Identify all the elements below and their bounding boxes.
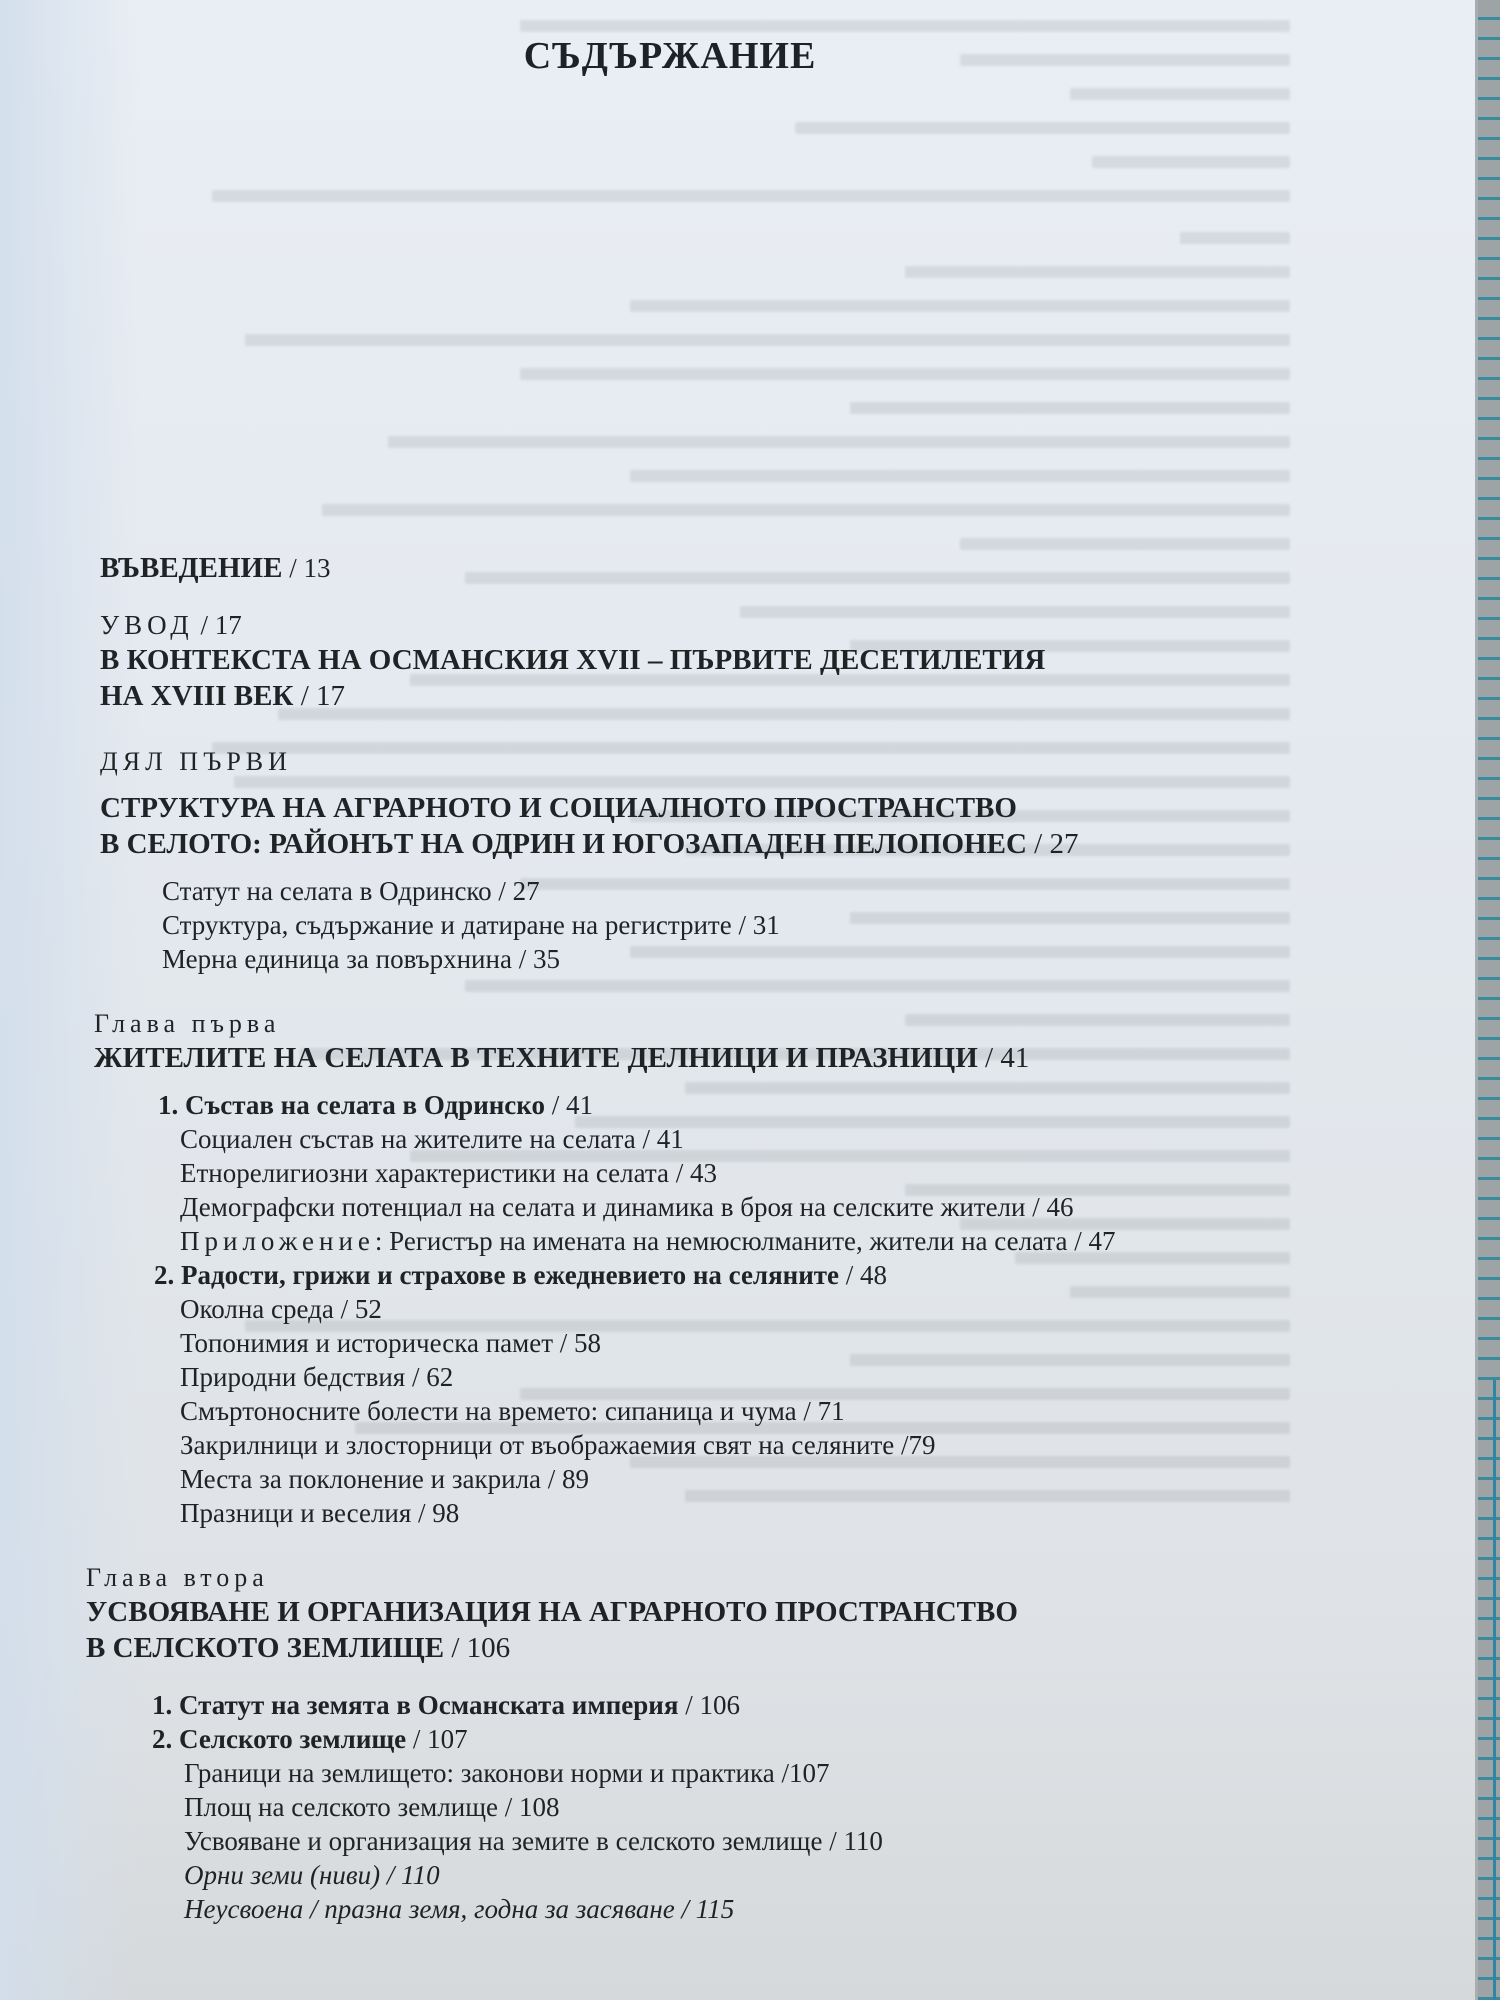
page-number: / 98 — [418, 1498, 459, 1528]
page-number: / 71 — [803, 1396, 844, 1426]
book-page: СЪДЪРЖАНИЕ ВЪВЕДЕНИЕ / 13 УВОД / 17 В КО… — [0, 0, 1480, 2000]
page-number: / 13 — [289, 553, 330, 583]
page-number: / 46 — [1032, 1192, 1073, 1222]
toc-entry-introduction[interactable]: ВЪВЕДЕНИЕ / 13 — [100, 550, 1340, 586]
appendix-label: Приложение — [180, 1226, 375, 1256]
item-text: Социален състав на жителите на селата — [180, 1124, 636, 1154]
toc-item[interactable]: Празници и веселия / 98 — [100, 1496, 1340, 1530]
page-number: / 106 — [685, 1690, 740, 1720]
toc-item[interactable]: Мерна единица за повърхнина / 35 — [100, 942, 1340, 976]
part-one-items: Статут на селата в Одринско / 27 Структу… — [100, 874, 1340, 976]
toc-item[interactable]: Статут на селата в Одринско / 27 — [100, 874, 1340, 908]
entry-title-line2: В СЕЛОТО: РАЙОНЪТ НА ОДРИН И ЮГОЗАПАДЕН … — [100, 828, 1027, 860]
graph-paper-edge — [1475, 0, 1500, 2000]
toc-item[interactable]: Места за поклонение и закрила / 89 — [100, 1462, 1340, 1496]
section-heading-text: 2. Радости, грижи и страхове в ежедневие… — [154, 1260, 839, 1290]
page-number: / 47 — [1074, 1226, 1115, 1256]
section-heading-text: 1. Статут на земята в Османската империя — [152, 1690, 678, 1720]
toc-item[interactable]: Социален състав на жителите на селата / … — [100, 1122, 1340, 1156]
part-one-label: ДЯЛ ПЪРВИ — [100, 747, 292, 776]
item-text: Празници и веселия — [180, 1498, 411, 1528]
page-number: / 17 — [200, 610, 241, 640]
entry-title: ЖИТЕЛИТЕ НА СЕЛАТА В ТЕХНИТЕ ДЕЛНИЦИ И П… — [94, 1042, 978, 1074]
page-number: / 17 — [301, 680, 345, 712]
item-text: Места за поклонение и закрила — [180, 1464, 541, 1494]
item-text: Смъртоносните болести на времето: сипани… — [180, 1396, 797, 1426]
item-text: Усвояване и организация на земите в селс… — [184, 1826, 822, 1856]
page-number: / 35 — [519, 944, 560, 974]
page-number: /79 — [901, 1430, 936, 1460]
page-number: / 52 — [341, 1294, 382, 1324]
page-number: / 110 — [829, 1826, 883, 1856]
toc-item[interactable]: Структура, съдържание и датиране на реги… — [100, 908, 1340, 942]
toc-entry-uvod-subtitle[interactable]: В КОНТЕКСТА НА ОСМАНСКИЯ XVII – ПЪРВИТЕ … — [100, 642, 1340, 714]
chapter-one-label: Глава първа — [94, 1009, 280, 1038]
toc-item[interactable]: Неусвоена / празна земя, годна за засява… — [100, 1892, 1340, 1926]
toc-section-heading[interactable]: 1. Статут на земята в Османската империя… — [100, 1688, 1340, 1722]
page-number: / 108 — [505, 1792, 560, 1822]
toc-item[interactable]: Природни бедствия / 62 — [100, 1360, 1340, 1394]
item-text: Неусвоена / празна земя, годна за засява… — [184, 1894, 675, 1924]
entry-label: УВОД — [100, 610, 194, 640]
page-number: / 27 — [1034, 828, 1078, 860]
item-text: : Регистър на имената на немюсюлманите, … — [375, 1226, 1068, 1256]
page-number: / 41 — [552, 1090, 593, 1120]
page-number: / 107 — [413, 1724, 468, 1754]
entry-title-line2: НА XVIII ВЕК — [100, 680, 293, 712]
chapter-label: Глава първа — [94, 1006, 1340, 1040]
item-text: Статут на селата в Одринско — [162, 876, 492, 906]
toc-entry-uvod[interactable]: УВОД / 17 — [100, 608, 1340, 642]
page-number: / 115 — [682, 1894, 735, 1924]
page-number: / 106 — [451, 1632, 510, 1664]
toc-item[interactable]: Смъртоносните болести на времето: сипани… — [100, 1394, 1340, 1428]
part-label: ДЯЛ ПЪРВИ — [100, 744, 1340, 778]
page-number: / 48 — [846, 1260, 887, 1290]
toc-item[interactable]: Граници на землището: законови норми и п… — [100, 1756, 1340, 1790]
item-text: Орни земи (ниви) — [184, 1860, 380, 1890]
toc-section-heading[interactable]: 2. Радости, грижи и страхове в ежедневие… — [100, 1258, 1340, 1292]
toc-item[interactable]: Закрилници и злосторници от въображаемия… — [100, 1428, 1340, 1462]
toc-item[interactable]: Орни земи (ниви) / 110 — [100, 1858, 1340, 1892]
table-of-contents: ВЪВЕДЕНИЕ / 13 УВОД / 17 В КОНТЕКСТА НА … — [100, 550, 1340, 1926]
toc-item[interactable]: Приложение: Регистър на имената на немюс… — [100, 1224, 1340, 1258]
entry-title-line1: УСВОЯВАНЕ И ОРГАНИЗАЦИЯ НА АГРАРНОТО ПРО… — [86, 1594, 1340, 1630]
toc-item[interactable]: Площ на селското землище / 108 — [100, 1790, 1340, 1824]
page-number: / 41 — [985, 1042, 1029, 1074]
item-text: Структура, съдържание и датиране на реги… — [162, 910, 732, 940]
page-number: /107 — [781, 1758, 829, 1788]
page-number: / 41 — [642, 1124, 683, 1154]
entry-title-line1: СТРУКТУРА НА АГРАРНОТО И СОЦИАЛНОТО ПРОС… — [100, 790, 1340, 826]
page-number: / 62 — [412, 1362, 453, 1392]
toc-item[interactable]: Демографски потенциал на селата и динами… — [100, 1190, 1340, 1224]
toc-entry-chapter-one[interactable]: ЖИТЕЛИТЕ НА СЕЛАТА В ТЕХНИТЕ ДЕЛНИЦИ И П… — [94, 1040, 1340, 1076]
item-text: Околна среда — [180, 1294, 334, 1324]
item-text: Мерна единица за повърхнина — [162, 944, 512, 974]
toc-entry-part-one[interactable]: СТРУКТУРА НА АГРАРНОТО И СОЦИАЛНОТО ПРОС… — [100, 790, 1340, 862]
item-text: Етнорелигиозни характеристики на селата — [180, 1158, 669, 1188]
chapter-label: Глава втора — [86, 1560, 1340, 1594]
entry-title-line1: В КОНТЕКСТА НА ОСМАНСКИЯ XVII – ПЪРВИТЕ … — [100, 642, 1340, 678]
section-heading-text: 1. Състав на селата в Одринско — [158, 1090, 545, 1120]
page-number: / 31 — [738, 910, 779, 940]
page-number: / 43 — [676, 1158, 717, 1188]
item-text: Граници на землището: законови норми и п… — [184, 1758, 775, 1788]
item-text: Закрилници и злосторници от въображаемия… — [180, 1430, 894, 1460]
item-text: Демографски потенциал на селата и динами… — [180, 1192, 1025, 1222]
toc-item[interactable]: Усвояване и организация на земите в селс… — [100, 1824, 1340, 1858]
toc-item[interactable]: Околна среда / 52 — [100, 1292, 1340, 1326]
toc-section-heading[interactable]: 2. Селското землище / 107 — [100, 1722, 1340, 1756]
chapter-two-label: Глава втора — [86, 1563, 269, 1592]
page-number: / 110 — [387, 1860, 440, 1890]
page-number: / 89 — [548, 1464, 589, 1494]
toc-item[interactable]: Топонимия и историческа памет / 58 — [100, 1326, 1340, 1360]
item-text: Топонимия и историческа памет — [180, 1328, 553, 1358]
toc-section-heading[interactable]: 1. Състав на селата в Одринско / 41 — [100, 1088, 1340, 1122]
section-heading-text: 2. Селското землище — [152, 1724, 406, 1754]
item-text: Площ на селското землище — [184, 1792, 498, 1822]
toc-item[interactable]: Етнорелигиозни характеристики на селата … — [100, 1156, 1340, 1190]
page-number: / 27 — [498, 876, 539, 906]
page-number: / 58 — [560, 1328, 601, 1358]
toc-entry-chapter-two[interactable]: УСВОЯВАНЕ И ОРГАНИЗАЦИЯ НА АГРАРНОТО ПРО… — [86, 1594, 1340, 1666]
page-title: СЪДЪРЖАНИЕ — [0, 34, 1340, 78]
entry-title-line2: В СЕЛСКОТО ЗЕМЛИЩЕ — [86, 1632, 444, 1664]
entry-title: ВЪВЕДЕНИЕ — [100, 552, 282, 584]
item-text: Природни бедствия — [180, 1362, 405, 1392]
